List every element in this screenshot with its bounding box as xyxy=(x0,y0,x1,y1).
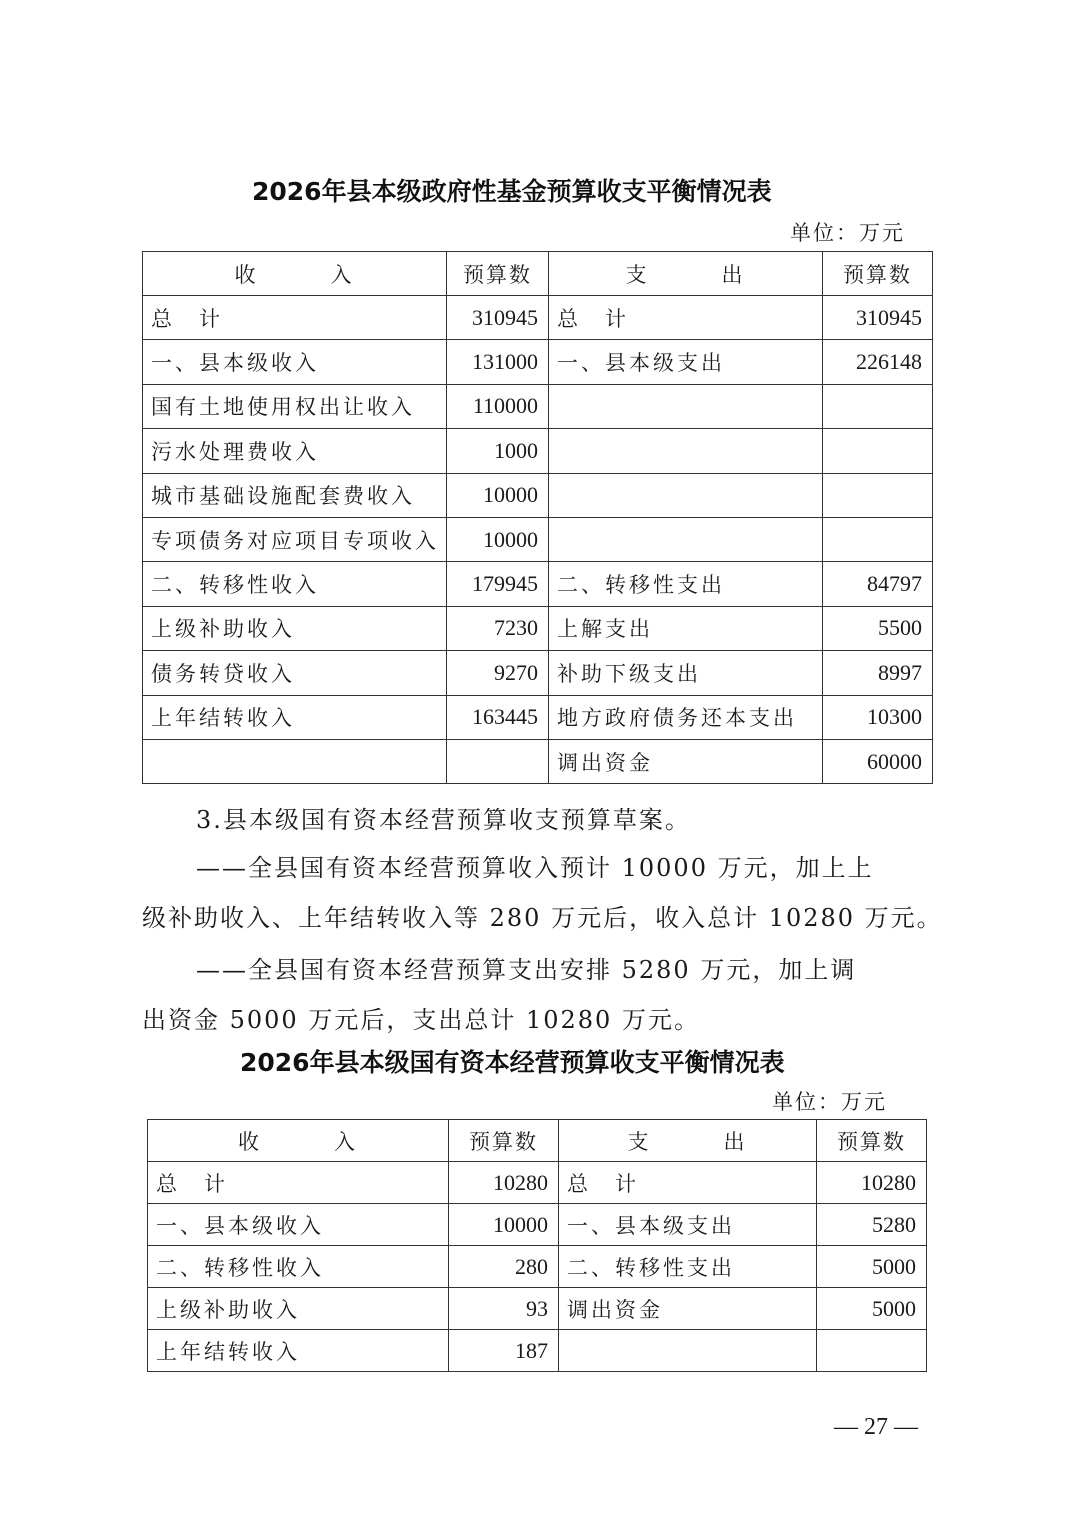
table-row: 一、县本级收入10000一、县本级支出5280 xyxy=(148,1204,927,1246)
income-cell: 二、转移性收入 xyxy=(148,1246,449,1288)
expense-cell: 补助下级支出 xyxy=(549,651,823,695)
income-amount-cell: 110000 xyxy=(447,384,549,428)
gov-fund-budget-table: 收 入 预算数 支 出 预算数 总 计310945总 计310945一、县本级收… xyxy=(142,251,933,784)
income-cell: 总 计 xyxy=(143,296,447,340)
para2-line2: 出资金 5000 万元后，支出总计 10280 万元。 xyxy=(142,1000,700,1035)
expense-amount-cell: 5000 xyxy=(817,1246,927,1288)
income-amount-cell: 10000 xyxy=(449,1204,559,1246)
expense-cell: 二、转移性支出 xyxy=(549,562,823,606)
expense-amount-cell: 8997 xyxy=(823,651,933,695)
table-row: 二、转移性收入179945二、转移性支出84797 xyxy=(143,562,933,606)
expense-amount-cell: 5280 xyxy=(817,1204,927,1246)
table-row: 上年结转收入163445地方政府债务还本支出10300 xyxy=(143,695,933,739)
header-income: 收 入 xyxy=(143,252,447,296)
table-row: 一、县本级收入131000一、县本级支出226148 xyxy=(143,340,933,384)
expense-cell: 调出资金 xyxy=(559,1288,817,1330)
expense-amount-cell: 310945 xyxy=(823,296,933,340)
expense-cell: 地方政府债务还本支出 xyxy=(549,695,823,739)
para1-line1: ——全县国有资本经营预算收入预计 10000 万元，加上上 xyxy=(196,848,874,883)
income-cell: 专项债务对应项目专项收入 xyxy=(143,517,447,561)
income-amount-cell: 1000 xyxy=(447,429,549,473)
header-expense: 支 出 xyxy=(549,252,823,296)
income-cell: 国有土地使用权出让收入 xyxy=(143,384,447,428)
expense-amount-cell: 5000 xyxy=(817,1288,927,1330)
expense-cell xyxy=(549,473,823,517)
income-cell: 上年结转收入 xyxy=(143,695,447,739)
income-amount-cell: 7230 xyxy=(447,606,549,650)
expense-cell xyxy=(549,517,823,561)
table-row: 调出资金60000 xyxy=(143,739,933,783)
expense-amount-cell xyxy=(823,429,933,473)
expense-cell: 总 计 xyxy=(559,1162,817,1204)
expense-amount-cell xyxy=(817,1330,927,1372)
expense-amount-cell: 60000 xyxy=(823,739,933,783)
income-cell: 二、转移性收入 xyxy=(143,562,447,606)
table-row: 国有土地使用权出让收入110000 xyxy=(143,384,933,428)
table-header-row: 收 入 预算数 支 出 预算数 xyxy=(143,252,933,296)
income-amount-cell: 187 xyxy=(449,1330,559,1372)
expense-amount-cell: 84797 xyxy=(823,562,933,606)
table2-unit: 单位：万元 xyxy=(772,1086,887,1116)
income-amount-cell: 280 xyxy=(449,1246,559,1288)
header-expense-amount: 预算数 xyxy=(817,1120,927,1162)
table-row: 上年结转收入187 xyxy=(148,1330,927,1372)
expense-amount-cell: 10280 xyxy=(817,1162,927,1204)
income-amount-cell: 179945 xyxy=(447,562,549,606)
expense-amount-cell xyxy=(823,517,933,561)
expense-amount-cell: 10300 xyxy=(823,695,933,739)
income-cell: 一、县本级收入 xyxy=(148,1204,449,1246)
income-amount-cell: 93 xyxy=(449,1288,559,1330)
income-amount-cell: 131000 xyxy=(447,340,549,384)
income-amount-cell: 9270 xyxy=(447,651,549,695)
header-expense: 支 出 xyxy=(559,1120,817,1162)
income-cell: 上年结转收入 xyxy=(148,1330,449,1372)
expense-cell: 二、转移性支出 xyxy=(559,1246,817,1288)
table-row: 二、转移性收入280二、转移性支出5000 xyxy=(148,1246,927,1288)
income-amount-cell xyxy=(447,739,549,783)
expense-cell xyxy=(549,384,823,428)
table-row: 总 计10280总 计10280 xyxy=(148,1162,927,1204)
state-capital-budget-table: 收 入 预算数 支 出 预算数 总 计10280总 计10280一、县本级收入1… xyxy=(147,1119,927,1372)
expense-amount-cell: 226148 xyxy=(823,340,933,384)
expense-cell xyxy=(559,1330,817,1372)
table1-unit: 单位：万元 xyxy=(790,217,905,247)
expense-amount-cell xyxy=(823,384,933,428)
table-row: 总 计310945总 计310945 xyxy=(143,296,933,340)
income-amount-cell: 10000 xyxy=(447,473,549,517)
income-amount-cell: 10280 xyxy=(449,1162,559,1204)
expense-cell: 一、县本级支出 xyxy=(549,340,823,384)
header-income-amount: 预算数 xyxy=(447,252,549,296)
income-cell: 债务转贷收入 xyxy=(143,651,447,695)
para1-line2: 级补助收入、上年结转收入等 280 万元后，收入总计 10280 万元。 xyxy=(142,898,943,933)
income-amount-cell: 310945 xyxy=(447,296,549,340)
expense-cell: 调出资金 xyxy=(549,739,823,783)
expense-cell: 上解支出 xyxy=(549,606,823,650)
expense-cell: 一、县本级支出 xyxy=(559,1204,817,1246)
income-cell: 一、县本级收入 xyxy=(143,340,447,384)
header-income: 收 入 xyxy=(148,1120,449,1162)
header-income-amount: 预算数 xyxy=(449,1120,559,1162)
expense-cell xyxy=(549,429,823,473)
income-cell: 总 计 xyxy=(148,1162,449,1204)
table-row: 污水处理费收入1000 xyxy=(143,429,933,473)
expense-cell: 总 计 xyxy=(549,296,823,340)
income-cell xyxy=(143,739,447,783)
expense-amount-cell xyxy=(823,473,933,517)
table-row: 城市基础设施配套费收入10000 xyxy=(143,473,933,517)
income-amount-cell: 10000 xyxy=(447,517,549,561)
income-cell: 上级补助收入 xyxy=(143,606,447,650)
table-row: 专项债务对应项目专项收入10000 xyxy=(143,517,933,561)
table-row: 上级补助收入93调出资金5000 xyxy=(148,1288,927,1330)
section-heading: 3.县本级国有资本经营预算收支预算草案。 xyxy=(196,800,691,835)
table1-title: 2026年县本级政府性基金预算收支平衡情况表 xyxy=(252,172,772,208)
table-row: 债务转贷收入9270补助下级支出8997 xyxy=(143,651,933,695)
income-cell: 污水处理费收入 xyxy=(143,429,447,473)
header-expense-amount: 预算数 xyxy=(823,252,933,296)
table-row: 上级补助收入7230上解支出5500 xyxy=(143,606,933,650)
para2-line1: ——全县国有资本经营预算支出安排 5280 万元，加上调 xyxy=(196,950,856,985)
income-cell: 城市基础设施配套费收入 xyxy=(143,473,447,517)
table-header-row: 收 入 预算数 支 出 预算数 xyxy=(148,1120,927,1162)
expense-amount-cell: 5500 xyxy=(823,606,933,650)
income-cell: 上级补助收入 xyxy=(148,1288,449,1330)
table2-title: 2026年县本级国有资本经营预算收支平衡情况表 xyxy=(240,1043,785,1079)
income-amount-cell: 163445 xyxy=(447,695,549,739)
page-number: — 27 — xyxy=(834,1414,918,1441)
